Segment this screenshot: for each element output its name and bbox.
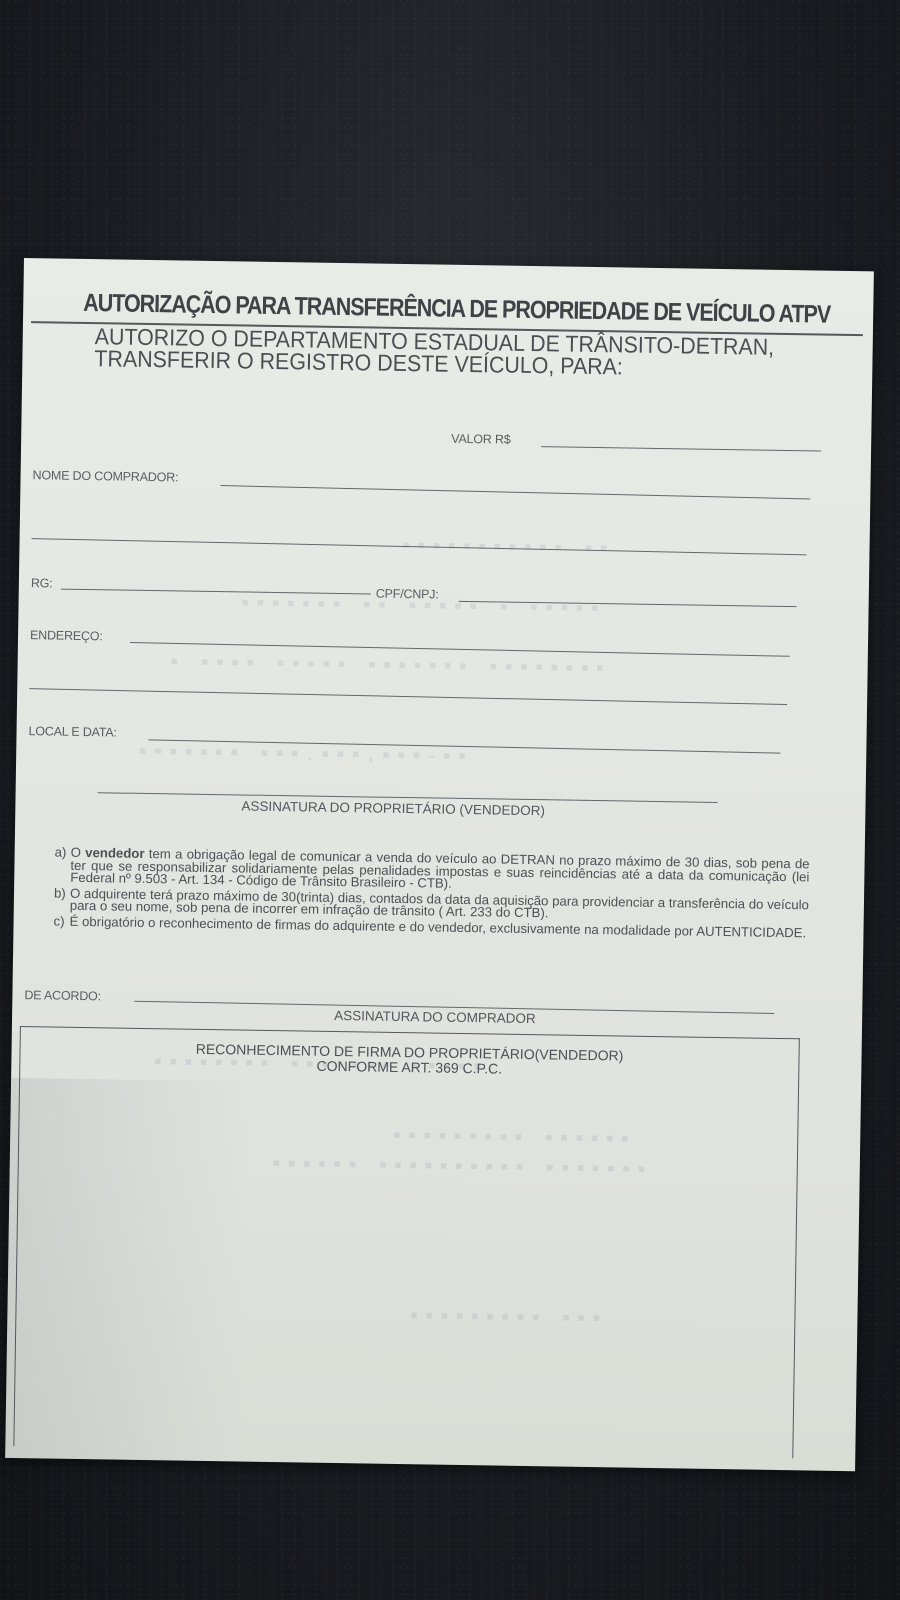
seller-signature-label: ASSINATURA DO PROPRIETÁRIO (VENDEDOR) — [241, 798, 545, 818]
valor-field[interactable] — [541, 446, 821, 451]
place-date-label: LOCAL E DATA: — [28, 724, 116, 739]
legal-notes: a) O vendedor tem a obrigação legal de c… — [53, 847, 809, 943]
agreement-label: DE ACORDO: — [24, 988, 101, 1003]
buyer-name-label: NOME DO COMPRADOR: — [32, 468, 178, 484]
bleed-through-text: ▪ ▪▪▪▪ ▪▪▪▪▪ ▪▪▪▪▪▪▪ ▪▪▪▪▪▪▪▪ — [167, 650, 608, 682]
buyer-signature-label: ASSINATURA DO COMPRADOR — [334, 1008, 536, 1026]
rg-field[interactable] — [61, 589, 371, 595]
cpf-cnpj-label: CPF/CNPJ: — [376, 587, 439, 602]
buyer-name-field[interactable] — [220, 485, 810, 499]
notary-box-title: RECONHECIMENTO DE FIRMA DO PROPRIETÁRIO(… — [20, 1039, 798, 1081]
address-label: ENDEREÇO: — [30, 628, 103, 643]
valor-label: VALOR R$ — [451, 432, 511, 447]
atpv-form: ▪▪▪▪▪▪▪▪▪▪▪ ▪▪ ▪▪▪▪▪▪▪ ▪▪ ▪▪▪▪▪ ▪ ▪▪▪▪▪ … — [5, 258, 874, 1471]
rg-label: RG: — [31, 576, 53, 590]
notary-recognition-box: RECONHECIMENTO DE FIRMA DO PROPRIETÁRIO(… — [13, 1026, 800, 1458]
authorization-statement: AUTORIZO O DEPARTAMENTO ESTADUAL DE TRÂN… — [94, 325, 774, 380]
address-field-continued[interactable] — [29, 688, 787, 705]
